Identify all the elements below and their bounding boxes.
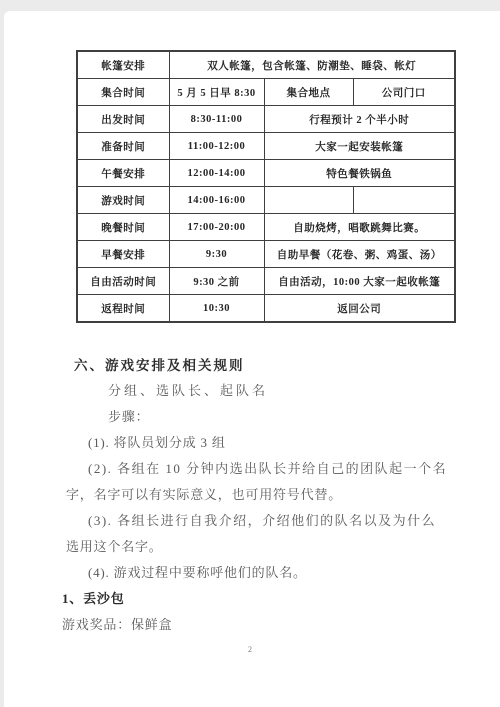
row-value: 行程预计 2 个半小时	[264, 106, 455, 133]
row-time: 10:30	[169, 295, 264, 323]
table-row: 帐篷安排 双人帐篷，包含帐篷、防潮垫、睡袋、帐灯	[77, 51, 455, 79]
row-value: 自助早餐（花卷、粥、鸡蛋、汤）	[264, 241, 455, 268]
body-line: (3). 各组长进行自我介绍，介绍他们的队名以及为什么	[66, 508, 448, 534]
table-row: 自由活动时间 9:30 之前 自由活动，10:00 大家一起收帐篷	[77, 268, 455, 295]
row-label: 帐篷安排	[77, 51, 169, 79]
table-row: 早餐安排 9:30 自助早餐（花卷、粥、鸡蛋、汤）	[77, 241, 455, 268]
row-time: 14:00-16:00	[169, 187, 264, 214]
body-line: 分组、选队长、起队名	[66, 378, 448, 404]
body-line: 步骤：	[66, 404, 448, 430]
row-time: 17:00-20:00	[169, 214, 264, 241]
row-value: 大家一起安装帐篷	[264, 133, 455, 160]
row-label: 出发时间	[77, 106, 169, 133]
row-label: 集合地点	[264, 79, 353, 106]
body-line: 字，名字可以有实际意义，也可用符号代替。	[66, 482, 448, 508]
table-row: 午餐安排 12:00-14:00 特色餐铁锅鱼	[77, 160, 455, 187]
document-viewport: 帐篷安排 双人帐篷，包含帐篷、防潮垫、睡袋、帐灯 集合时间 5 月 5 日早 8…	[0, 0, 500, 707]
body-line: (1). 将队员划分成 3 组	[66, 430, 448, 456]
row-time: 9:30 之前	[169, 268, 264, 295]
row-time: 12:00-14:00	[169, 160, 264, 187]
row-value: 自助烧烤，唱歌跳舞比赛。	[264, 214, 455, 241]
row-value: 自由活动，10:00 大家一起收帐篷	[264, 268, 455, 295]
section-heading: 六、游戏安排及相关规则	[74, 354, 245, 374]
row-label: 晚餐时间	[77, 214, 169, 241]
table-row: 出发时间 8:30-11:00 行程预计 2 个半小时	[77, 106, 455, 133]
section-body: 分组、选队长、起队名 步骤： (1). 将队员划分成 3 组 (2). 各组在 …	[66, 378, 448, 638]
row-label: 早餐安排	[77, 241, 169, 268]
body-line: 选用这个名字。	[66, 534, 448, 560]
row-time: 5 月 5 日早 8:30	[169, 79, 264, 106]
row-time: 8:30-11:00	[169, 106, 264, 133]
row-label: 返程时间	[77, 295, 169, 323]
row-value: 双人帐篷，包含帐篷、防潮垫、睡袋、帐灯	[169, 51, 455, 79]
game-title: 1、丢沙包	[62, 586, 448, 612]
schedule-table: 帐篷安排 双人帐篷，包含帐篷、防潮垫、睡袋、帐灯 集合时间 5 月 5 日早 8…	[76, 50, 456, 323]
row-time: 11:00-12:00	[169, 133, 264, 160]
row-label: 游戏时间	[77, 187, 169, 214]
table-row: 游戏时间 14:00-16:00	[77, 187, 455, 214]
body-line: (2). 各组在 10 分钟内选出队长并给自己的团队起一个名	[66, 456, 448, 482]
row-time: 9:30	[169, 241, 264, 268]
table-row: 返程时间 10:30 返回公司	[77, 295, 455, 323]
table-row: 准备时间 11:00-12:00 大家一起安装帐篷	[77, 133, 455, 160]
game-prize-line: 游戏奖品：保鲜盒	[62, 612, 448, 638]
row-label: 集合时间	[77, 79, 169, 106]
page-number: 2	[0, 645, 500, 654]
row-label: 准备时间	[77, 133, 169, 160]
row-value-empty	[353, 187, 455, 214]
row-value: 公司门口	[353, 79, 455, 106]
row-value: 特色餐铁锅鱼	[264, 160, 455, 187]
body-line: (4). 游戏过程中要称呼他们的队名。	[66, 560, 448, 586]
table-row: 晚餐时间 17:00-20:00 自助烧烤，唱歌跳舞比赛。	[77, 214, 455, 241]
table-row: 集合时间 5 月 5 日早 8:30 集合地点 公司门口	[77, 79, 455, 106]
row-label: 午餐安排	[77, 160, 169, 187]
row-value-empty	[264, 187, 353, 214]
row-value: 返回公司	[264, 295, 455, 323]
row-label: 自由活动时间	[77, 268, 169, 295]
